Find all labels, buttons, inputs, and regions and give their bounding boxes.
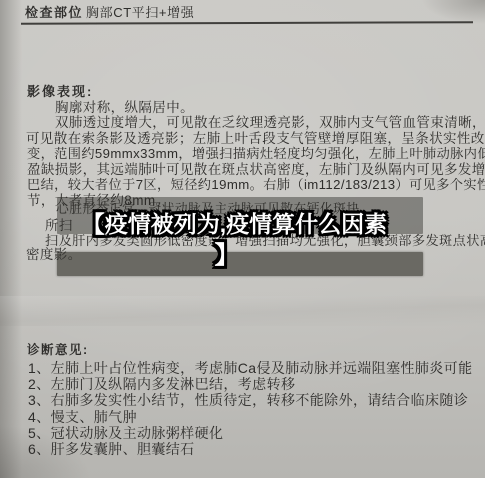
diagnosis-title: 诊断意见:	[27, 343, 89, 358]
overlay-caption-line2: 】	[0, 235, 469, 270]
findings-line: 巴结，较大者位于7区，短径约19mm。右肺（im112/183/213）可见多个…	[27, 177, 485, 192]
findings-line: 胸廓对称，纵隔居中。	[55, 100, 194, 115]
exam-site-label: 检查部位	[25, 5, 83, 20]
diagnosis-item: 2、左肺门及纵隔内多发淋巴结，考虑转移	[28, 377, 295, 392]
ct-report-photo: 检查部位 胸部CT平扫+增强 影像表现: 胸廓对称，纵隔居中。 双肺透过度增大，…	[0, 0, 485, 478]
findings-title: 影像表现:	[27, 84, 93, 99]
diagnosis-item: 5、冠状动脉及主动脉粥样硬化	[28, 426, 223, 441]
findings-line: 变，范围约59mmx33mm，增强扫描病灶轻度均匀强化，左肺上叶肺动脉内低密度充	[27, 146, 485, 161]
findings-line: 盈缺损影，其远端肺叶可见散在斑点状高密度，左肺门及纵隔内可见多发增大淋	[27, 162, 485, 177]
findings-line: 双肺透过度增大，可见散在乏纹理透亮影，双肺内支气管血管束清晰，双肺	[55, 115, 485, 130]
diagnosis-item: 1、左肺上叶占位性病变，考虑肺Ca侵及肺动脉并远端阻塞性肺炎可能	[28, 361, 472, 376]
diagnosis-item: 6、肝多发囊肿、胆囊结石	[28, 442, 195, 457]
paper-crease	[0, 296, 485, 326]
diagnosis-item: 3、右肺多发实性小结节，性质待定，转移不能除外，请结合临床随诊	[28, 393, 468, 408]
header-divider	[21, 21, 473, 25]
findings-line: 可见散在索条影及透亮影；左肺上叶舌段支气管壁增厚阻塞，呈条状实性改	[26, 131, 485, 146]
exam-site-value: 胸部CT平扫+增强	[86, 5, 194, 20]
diagnosis-item: 4、慢支、肺气肿	[28, 410, 137, 425]
paper-shadow-top-right	[395, 0, 485, 34]
